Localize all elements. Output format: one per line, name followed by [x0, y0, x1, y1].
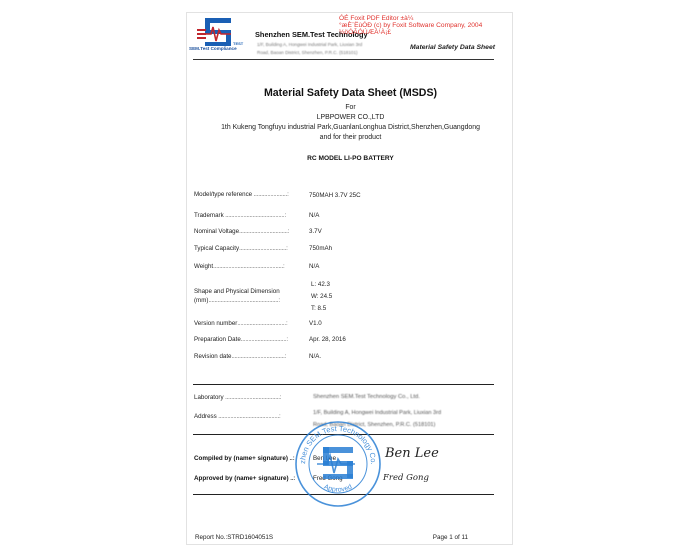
field-value-model: 750MAH 3.7V 25C — [309, 192, 361, 199]
lab-top-divider — [193, 384, 494, 385]
address-label: Address ................................… — [194, 413, 281, 420]
field-label-dimension-unit: (mm)....................................… — [194, 297, 280, 304]
field-label-dimension: Shape and Physical Dimension — [194, 288, 280, 295]
svg-text:Approved: Approved — [323, 484, 354, 494]
field-label-version: Version number..........................… — [194, 320, 287, 327]
company-address-line-2: Road, Baoan District, Shenzhen, P.R.C. (… — [257, 50, 358, 55]
client-address: 1th Kukeng Tongfuyu industrial Park,Guan… — [187, 124, 514, 131]
field-label-model: Model/type reference ...................… — [194, 191, 289, 198]
field-label-preparation-date: Preparation Date........................… — [194, 336, 288, 343]
field-label-trademark: Trademark ..............................… — [194, 212, 286, 219]
for-suffix: and for their product — [187, 134, 514, 141]
document-page: TEST SEM.Test Compliance Shenzhen SEM.Te… — [186, 12, 513, 545]
field-value-length: L: 42.3 — [311, 281, 330, 288]
laboratory-label: Laboratory .............................… — [194, 394, 281, 401]
field-value-thickness: T: 8.5 — [311, 305, 326, 312]
laboratory-value: Shenzhen SEM.Test Technology Co., Ltd. — [313, 394, 420, 400]
address-value-line-1: 1/F, Building A, Hongwei Industrial Park… — [313, 410, 441, 416]
company-seal-stamp-icon: Shenzhen SEM.Test Technology Co., Ltd. A… — [293, 419, 383, 509]
compiled-by-label: Compiled by (name+ signature) ..: — [194, 455, 295, 462]
approved-by-label: Approved by (name+ signature) ..: — [194, 475, 295, 482]
header-doc-type: Material Safety Data Sheet — [410, 44, 495, 51]
field-label-revision-date: Revision date...........................… — [194, 353, 286, 360]
header-divider — [193, 59, 494, 60]
foxit-watermark: ÓÉ Foxit PDF Editor ±à¼­ °æÈ¨ËùÓÐ (c) by… — [339, 15, 482, 37]
field-label-capacity: Typical Capacity........................… — [194, 245, 288, 252]
field-label-weight: Weight..................................… — [194, 263, 285, 270]
compiled-signature: Ben Lee — [385, 446, 439, 461]
for-label: For — [187, 104, 514, 111]
field-value-version: V1.0 — [309, 320, 322, 327]
field-label-voltage: Nominal Voltage.........................… — [194, 228, 289, 235]
field-value-capacity: 750mAh — [309, 245, 332, 252]
page-number: Page 1 of 11 — [433, 534, 468, 541]
field-value-revision-date: N/A. — [309, 353, 321, 360]
field-value-trademark: N/A — [309, 212, 319, 219]
page-title: Material Safety Data Sheet (MSDS) — [187, 87, 514, 99]
report-number: Report No.:STRD1604051S — [195, 534, 273, 541]
field-value-weight: N/A — [309, 263, 319, 270]
approved-signature: Fred Gong — [383, 473, 429, 483]
client-company: LPBPOWER CO.,LTD — [187, 114, 514, 121]
company-address-line-1: 1/F, Building A, Hongwei Industrial Park… — [257, 42, 362, 47]
field-value-voltage: 3.7V — [309, 228, 322, 235]
svg-text:Shenzhen SEM.Test Technology C: Shenzhen SEM.Test Technology Co., Ltd. — [293, 419, 378, 465]
product-name: RC MODEL LI-PO BATTERY — [187, 155, 514, 162]
logo-caption: SEM.Test Compliance — [189, 46, 237, 51]
field-value-preparation-date: Apr. 28, 2016 — [309, 336, 346, 343]
watermark-line: ½öÓÃÓÚÆÀ¹À¡£ — [339, 29, 482, 36]
field-value-width: W: 24.5 — [311, 293, 332, 300]
